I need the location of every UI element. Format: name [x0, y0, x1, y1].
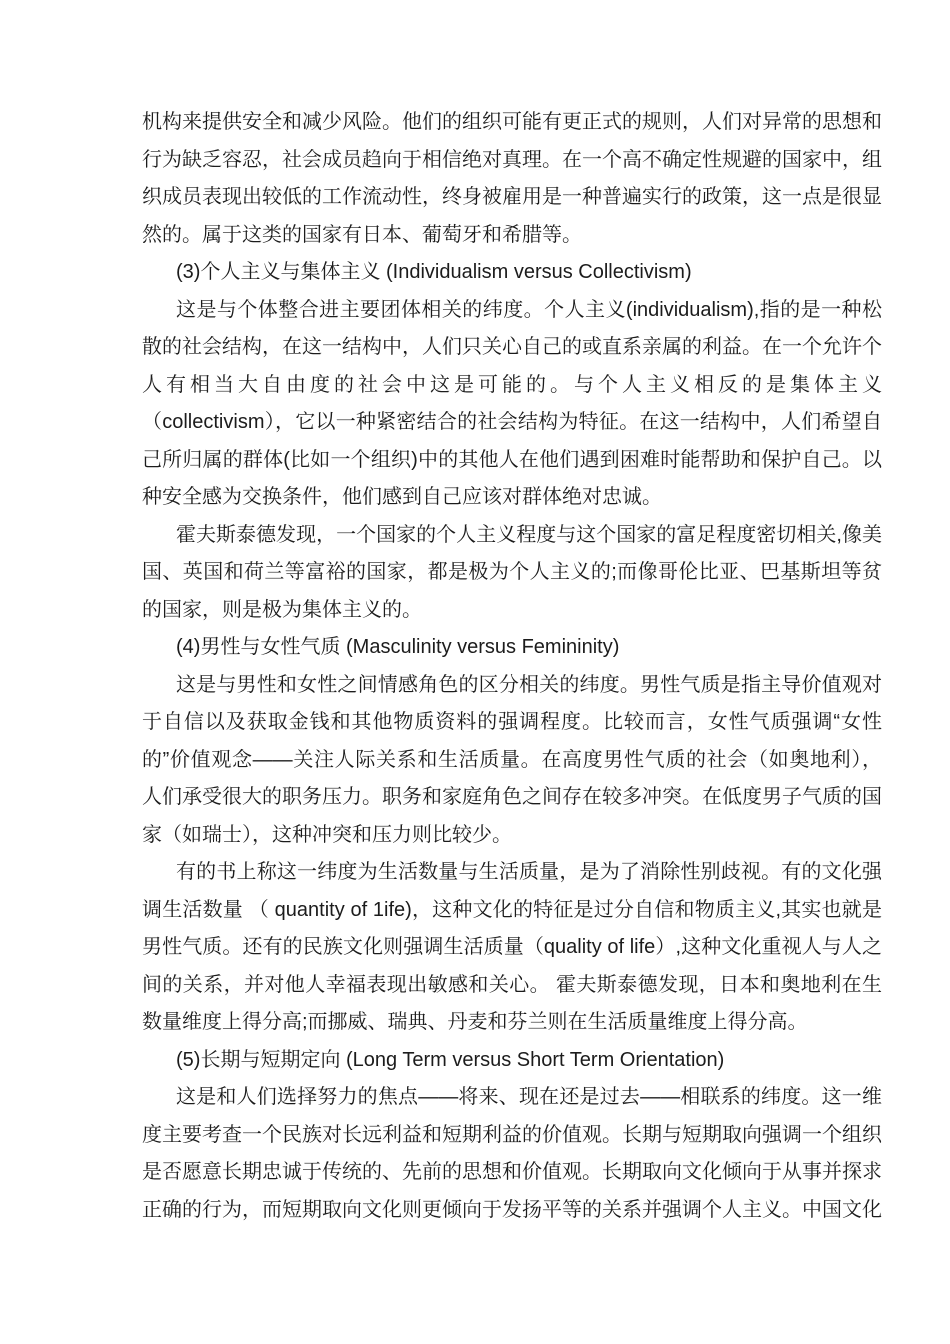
text-line: 度主要考查一个民族对长远利益和短期利益的价值观。长期与短期取向强调一个组织 — [142, 1117, 882, 1155]
text-line: 种安全感为交换条件，他们感到自己应该对群体绝对忠诚。 — [142, 479, 882, 517]
text-line: 这是与个体整合进主要团体相关的纬度。个人主义(individualism),指的… — [142, 292, 882, 330]
text-line: 是否愿意长期忠诚于传统的、先前的思想和价值观。长期取向文化倾向于从事并探求 — [142, 1154, 882, 1192]
text-line: 男性气质。还有的民族文化则强调生活质量（quality of life）,这种文… — [142, 929, 882, 967]
section-heading: (4)男性与女性气质 (Masculinity versus Femininit… — [142, 629, 882, 667]
text-line: 织成员表现出较低的工作流动性，终身被雇用是一种普遍实行的政策，这一点是很显 — [142, 179, 882, 217]
text-line: 国、英国和荷兰等富裕的国家，都是极为个人主义的;而像哥伦比亚、巴基斯坦等贫穷 — [142, 554, 882, 592]
text-line: 散的社会结构，在这一结构中，人们只关心自己的或直系亲属的利益。在一个允许个 — [142, 329, 882, 367]
text-line: 行为缺乏容忍，社会成员趋向于相信绝对真理。在一个高不确定性规避的国家中，组 — [142, 142, 882, 180]
text-line: 人们承受很大的职务压力。职务和家庭角色之间存在较多冲突。在低度男子气质的国 — [142, 779, 882, 817]
text-line: 间的关系，并对他人幸福表现出敏感和关心。 霍夫斯泰德发现，日本和奥地利在生活 — [142, 967, 882, 1005]
text-line: 这是与男性和女性之间情感角色的区分相关的纬度。男性气质是指主导价值观对 — [142, 667, 882, 705]
document-page: 机构来提供安全和减少风险。他们的组织可能有更正式的规则，人们对异常的思想和行为缺… — [142, 104, 882, 1229]
text-line: 机构来提供安全和减少风险。他们的组织可能有更正式的规则，人们对异常的思想和 — [142, 104, 882, 142]
text-line: 这是和人们选择努力的焦点——将来、现在还是过去——相联系的纬度。这一维 — [142, 1079, 882, 1117]
text-line: 有的书上称这一纬度为生活数量与生活质量，是为了消除性别歧视。有的文化强 — [142, 854, 882, 892]
text-line: 霍夫斯泰德发现，一个国家的个人主义程度与这个国家的富足程度密切相关,像美 — [142, 517, 882, 555]
text-line: 于自信以及获取金钱和其他物质资料的强调程度。比较而言，女性气质强调“女性 — [142, 704, 882, 742]
text-line: 的”价值观念——关注人际关系和生活质量。在高度男性气质的社会（如奥地利）， — [142, 742, 882, 780]
text-line: 调生活数量 （ quantity of 1ife)，这种文化的特征是过分自信和物… — [142, 892, 882, 930]
text-line: （collectivism），它以一种紧密结合的社会结构为特征。在这一结构中，人… — [142, 404, 882, 442]
text-line: 正确的行为，而短期取向文化则更倾向于发扬平等的关系并强调个人主义。中国文化 — [142, 1192, 882, 1230]
text-line: 己所归属的群体(比如一个组织)中的其他人在他们遇到困难时能帮助和保护自己。以这 — [142, 442, 882, 480]
text-line: 数量维度上得分高;而挪威、瑞典、丹麦和芬兰则在生活质量维度上得分高。 — [142, 1004, 882, 1042]
text-line: 然的。属于这类的国家有日本、葡萄牙和希腊等。 — [142, 217, 882, 255]
section-heading: (3)个人主义与集体主义 (Individualism versus Colle… — [142, 254, 882, 292]
text-line: 的国家，则是极为集体主义的。 — [142, 592, 882, 630]
section-heading: (5)长期与短期定向 (Long Term versus Short Term … — [142, 1042, 882, 1080]
text-line: 人有相当大自由度的社会中这是可能的。与个人主义相反的是集体主义 — [142, 367, 882, 405]
text-line: 家（如瑞士），这种冲突和压力则比较少。 — [142, 817, 882, 855]
